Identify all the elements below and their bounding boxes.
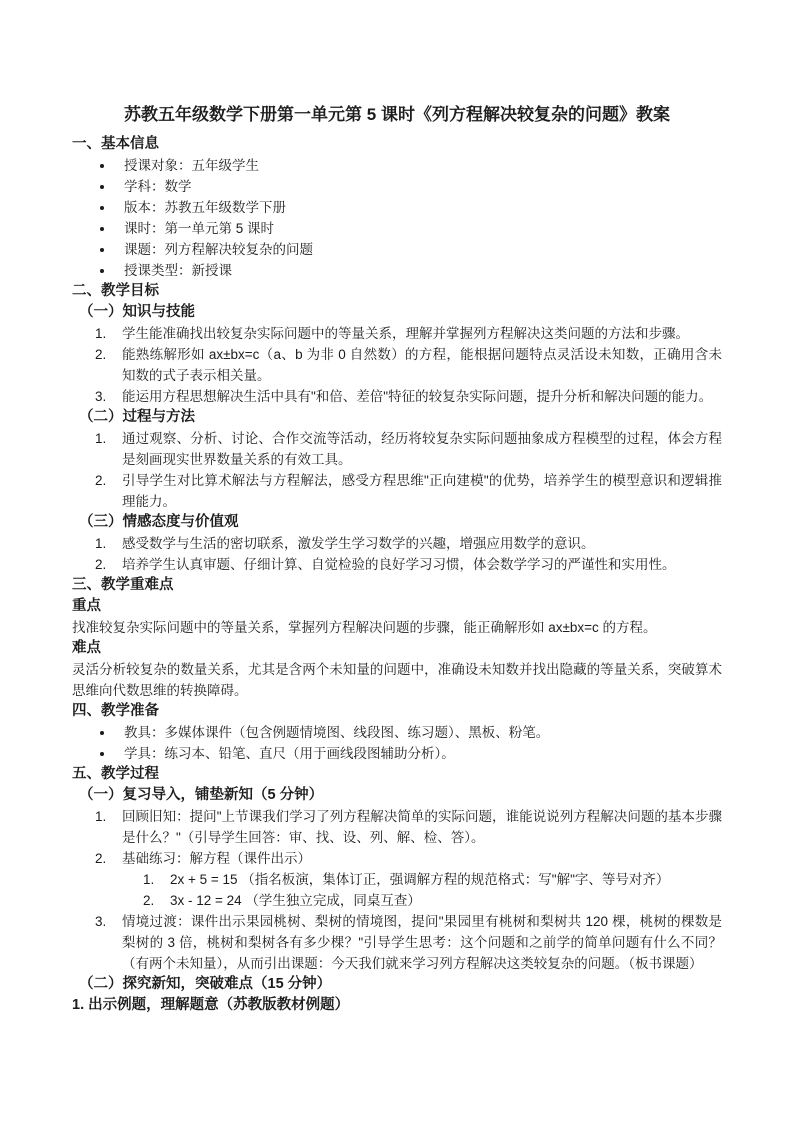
numbered-item: 3. 能运用方程思想解决生活中具有"和倍、差倍"特征的较复杂实际问题，提升分析和… xyxy=(72,386,722,407)
document-title: 苏教五年级数学下册第一单元第 5 课时《列方程解决较复杂的问题》教案 xyxy=(72,103,722,127)
document-content: 苏教五年级数学下册第一单元第 5 课时《列方程解决较复杂的问题》教案 一、基本信… xyxy=(72,103,722,1016)
section-heading-objectives: 二、教学目标 xyxy=(72,281,722,302)
numbered-item: 2. 能熟练解形如 ax±bx=c（a、b 为非 0 自然数）的方程，能根据问题… xyxy=(72,344,722,386)
bullet-text: 版本：苏教五年级数学下册 xyxy=(124,197,722,218)
item-text: 2x + 5 = 15 （指名板演，集体订正，强调解方程的规范格式：写"解"字、… xyxy=(170,869,722,890)
numbered-item: 1. 感受数学与生活的密切联系，激发学生学习数学的兴趣，增强应用数学的意识。 xyxy=(72,533,722,554)
item-number: 1. xyxy=(72,323,122,344)
item-text: 能熟练解形如 ax±bx=c（a、b 为非 0 自然数）的方程，能根据问题特点灵… xyxy=(122,344,722,386)
item-number: 2. xyxy=(72,344,122,386)
bullet-item: 学具：练习本、铅笔、直尺（用于画线段图辅助分析）。 xyxy=(72,743,722,764)
bullet-text: 学具：练习本、铅笔、直尺（用于画线段图辅助分析）。 xyxy=(124,743,722,764)
bullet-text: 课题：列方程解决较复杂的问题 xyxy=(124,239,722,260)
bullet-item: 学科：数学 xyxy=(72,176,722,197)
item-number: 3. xyxy=(72,911,122,974)
bullet-icon xyxy=(72,176,124,197)
numbered-item: 2. 培养学生认真审题、仔细计算、自觉检验的良好学习习惯，体会数学学习的严谨性和… xyxy=(72,554,722,575)
numbered-item: 2. 引导学生对比算术解法与方程解法，感受方程思维"正向建模"的优势，培养学生的… xyxy=(72,470,722,512)
item-text: 引导学生对比算术解法与方程解法，感受方程思维"正向建模"的优势，培养学生的模型意… xyxy=(122,470,722,512)
sub-numbered-item: 1. 2x + 5 = 15 （指名板演，集体订正，强调解方程的规范格式：写"解… xyxy=(72,869,722,890)
sub-numbered-item: 2. 3x - 12 = 24 （学生独立完成，同桌互查） xyxy=(72,890,722,911)
numbered-item: 1. 通过观察、分析、讨论、合作交流等活动，经历将较复杂实际问题抽象成方程模型的… xyxy=(72,428,722,470)
label-heading-difficulty: 难点 xyxy=(72,638,722,659)
bullet-icon xyxy=(72,722,124,743)
item-text: 基础练习：解方程（课件出示） xyxy=(122,848,722,869)
bullet-item: 课时：第一单元第 5 课时 xyxy=(72,218,722,239)
item-text: 通过观察、分析、讨论、合作交流等活动，经历将较复杂实际问题抽象成方程模型的过程，… xyxy=(122,428,722,470)
subsection-heading-knowledge-skills: （一）知识与技能 xyxy=(72,302,722,323)
bullet-item: 版本：苏教五年级数学下册 xyxy=(72,197,722,218)
item-number: 3. xyxy=(72,386,122,407)
bullet-item: 教具：多媒体课件（包含例题情境图、线段图、练习题）、黑板、粉笔。 xyxy=(72,722,722,743)
subsection-heading-explore-new: （二）探究新知，突破难点（15 分钟） xyxy=(72,974,722,995)
subsection-heading-values: （三）情感态度与价值观 xyxy=(72,512,722,533)
bullet-item: 课题：列方程解决较复杂的问题 xyxy=(72,239,722,260)
item-text: 情境过渡：课件出示果园桃树、梨树的情境图，提问"果园里有桃树和梨树共 120 棵… xyxy=(122,911,722,974)
document-page: 苏教五年级数学下册第一单元第 5 课时《列方程解决较复杂的问题》教案 一、基本信… xyxy=(0,0,794,1123)
label-heading-key-point: 重点 xyxy=(72,596,722,617)
item-number: 1. xyxy=(72,869,170,890)
bullet-item: 授课对象：五年级学生 xyxy=(72,155,722,176)
subsection-heading-process-methods: （二）过程与方法 xyxy=(72,407,722,428)
bullet-text: 授课对象：五年级学生 xyxy=(124,155,722,176)
bullet-icon xyxy=(72,155,124,176)
section-heading-key-points: 三、教学重难点 xyxy=(72,575,722,596)
item-number: 2. xyxy=(72,890,170,911)
numbered-item: 2. 基础练习：解方程（课件出示） xyxy=(72,848,722,869)
item-number: 1. xyxy=(72,533,122,554)
item-text: 3x - 12 = 24 （学生独立完成，同桌互查） xyxy=(170,890,722,911)
numbered-item: 1. 学生能准确找出较复杂实际问题中的等量关系，理解并掌握列方程解决这类问题的方… xyxy=(72,323,722,344)
section-heading-basic-info: 一、基本信息 xyxy=(72,134,722,155)
bullet-icon xyxy=(72,239,124,260)
item-text: 学生能准确找出较复杂实际问题中的等量关系，理解并掌握列方程解决这类问题的方法和步… xyxy=(122,323,722,344)
bullet-text: 课时：第一单元第 5 课时 xyxy=(124,218,722,239)
item-text: 能运用方程思想解决生活中具有"和倍、差倍"特征的较复杂实际问题，提升分析和解决问… xyxy=(122,386,722,407)
numbered-item: 3. 情境过渡：课件出示果园桃树、梨树的情境图，提问"果园里有桃树和梨树共 12… xyxy=(72,911,722,974)
bullet-text: 学科：数学 xyxy=(124,176,722,197)
bullet-icon xyxy=(72,260,124,281)
item-number: 2. xyxy=(72,848,122,869)
section-heading-teaching-process: 五、教学过程 xyxy=(72,764,722,785)
paragraph-key-point: 找准较复杂实际问题中的等量关系，掌握列方程解决问题的步骤，能正确解形如 ax±b… xyxy=(72,617,722,638)
item-number: 2. xyxy=(72,470,122,512)
item-number: 1. xyxy=(72,428,122,470)
bullet-icon xyxy=(72,743,124,764)
bullet-text: 授课类型：新授课 xyxy=(124,260,722,281)
item-text: 培养学生认真审题、仔细计算、自觉检验的良好学习习惯，体会数学学习的严谨性和实用性… xyxy=(122,554,722,575)
numbered-item: 1. 回顾旧知：提问"上节课我们学习了列方程解决简单的实际问题，谁能说说列方程解… xyxy=(72,806,722,848)
bold-item-example: 1. 出示例题，理解题意（苏教版教材例题） xyxy=(72,995,722,1016)
item-number: 2. xyxy=(72,554,122,575)
bullet-text: 教具：多媒体课件（包含例题情境图、线段图、练习题）、黑板、粉笔。 xyxy=(124,722,722,743)
bullet-icon xyxy=(72,197,124,218)
item-text: 感受数学与生活的密切联系，激发学生学习数学的兴趣，增强应用数学的意识。 xyxy=(122,533,722,554)
item-number: 1. xyxy=(72,806,122,848)
bullet-item: 授课类型：新授课 xyxy=(72,260,722,281)
paragraph-difficulty: 灵活分析较复杂的数量关系，尤其是含两个未知量的问题中，准确设未知数并找出隐藏的等… xyxy=(72,659,722,701)
subsection-heading-review-intro: （一）复习导入，铺垫新知（5 分钟） xyxy=(72,785,722,806)
section-heading-preparation: 四、教学准备 xyxy=(72,701,722,722)
item-text: 回顾旧知：提问"上节课我们学习了列方程解决简单的实际问题，谁能说说列方程解决问题… xyxy=(122,806,722,848)
bullet-icon xyxy=(72,218,124,239)
